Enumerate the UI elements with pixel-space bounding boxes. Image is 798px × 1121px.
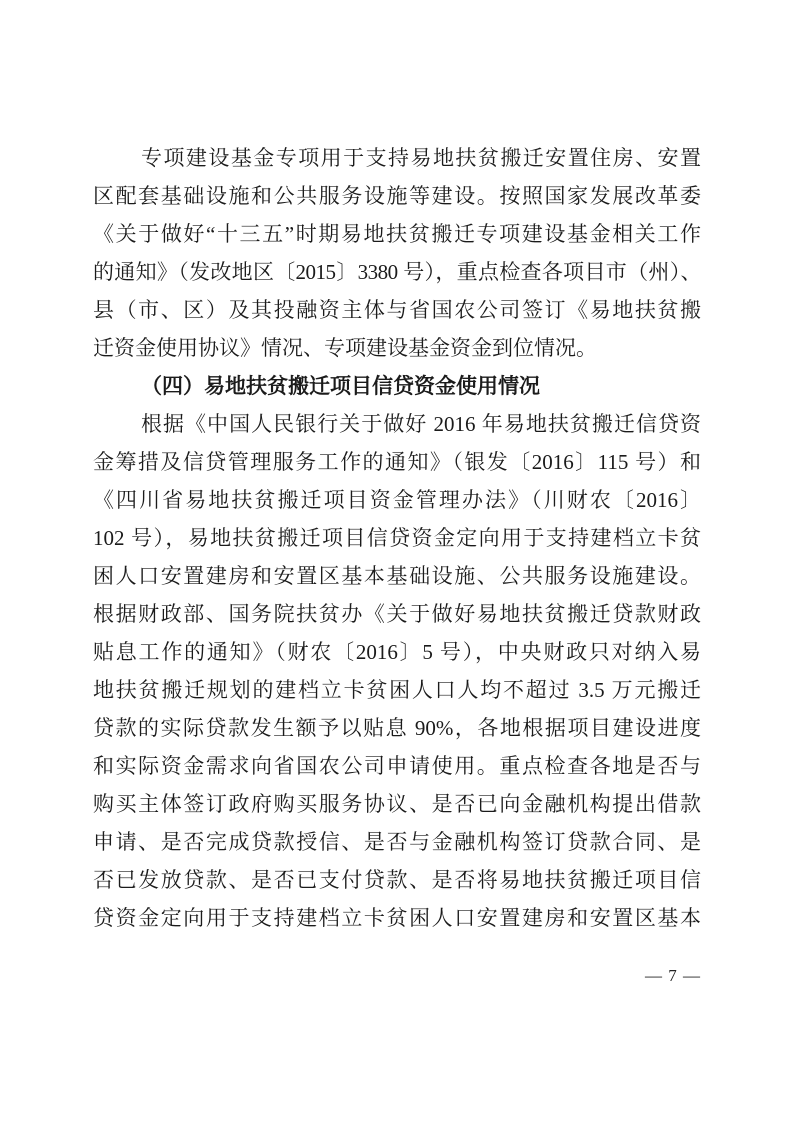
text-line: 根据《中国人民银行关于做好 2016 年易地扶贫搬迁信贷资 [93, 405, 701, 443]
text-line: 金筹措及信贷管理服务工作的通知》（银发〔2016〕115 号）和 [93, 443, 701, 481]
text-line: 的通知》（发改地区〔2015〕3380 号），重点检查各项目市（州）、 [93, 253, 701, 291]
page-number: — 7 — [645, 966, 701, 986]
text-line: 根据财政部、国务院扶贫办《关于做好易地扶贫搬迁贷款财政 [93, 595, 701, 633]
text-line: 102 号），易地扶贫搬迁项目信贷资金定向用于支持建档立卡贫 [93, 519, 701, 557]
text-line: 《四川省易地扶贫搬迁项目资金管理办法》（川财农〔2016〕 [93, 481, 701, 519]
paragraph-1: 专项建设基金专项用于支持易地扶贫搬迁安置住房、安置 区配套基础设施和公共服务设施… [93, 139, 701, 367]
text-line: 专项建设基金专项用于支持易地扶贫搬迁安置住房、安置 [93, 139, 701, 177]
text-line: 购买主体签订政府购买服务协议、是否已向金融机构提出借款 [93, 785, 701, 823]
text-line: 《关于做好“十三五”时期易地扶贫搬迁专项建设基金相关工作 [93, 215, 701, 253]
text-line: 贷资金定向用于支持建档立卡贫困人口安置建房和安置区基本 [93, 899, 701, 937]
document-body: 专项建设基金专项用于支持易地扶贫搬迁安置住房、安置 区配套基础设施和公共服务设施… [93, 139, 701, 937]
text-line: 县（市、区）及其投融资主体与省国农公司签订《易地扶贫搬 [93, 291, 701, 329]
text-line: 申请、是否完成贷款授信、是否与金融机构签订贷款合同、是 [93, 823, 701, 861]
text-line: 贴息工作的通知》（财农〔2016〕5 号），中央财政只对纳入易 [93, 633, 701, 671]
text-line: 否已发放贷款、是否已支付贷款、是否将易地扶贫搬迁项目信 [93, 861, 701, 899]
paragraph-2: 根据《中国人民银行关于做好 2016 年易地扶贫搬迁信贷资 金筹措及信贷管理服务… [93, 405, 701, 937]
text-line: 区配套基础设施和公共服务设施等建设。按照国家发展改革委 [93, 177, 701, 215]
text-line: 迁资金使用协议》情况、专项建设基金资金到位情况。 [93, 329, 701, 367]
text-line: 地扶贫搬迁规划的建档立卡贫困人口人均不超过 3.5 万元搬迁 [93, 671, 701, 709]
section-heading: （四）易地扶贫搬迁项目信贷资金使用情况 [93, 367, 701, 405]
text-line: 困人口安置建房和安置区基本基础设施、公共服务设施建设。 [93, 557, 701, 595]
text-line: 和实际资金需求向省国农公司申请使用。重点检查各地是否与 [93, 747, 701, 785]
document-page: 专项建设基金专项用于支持易地扶贫搬迁安置住房、安置 区配套基础设施和公共服务设施… [0, 0, 798, 1121]
text-line: 贷款的实际贷款发生额予以贴息 90%，各地根据项目建设进度 [93, 709, 701, 747]
